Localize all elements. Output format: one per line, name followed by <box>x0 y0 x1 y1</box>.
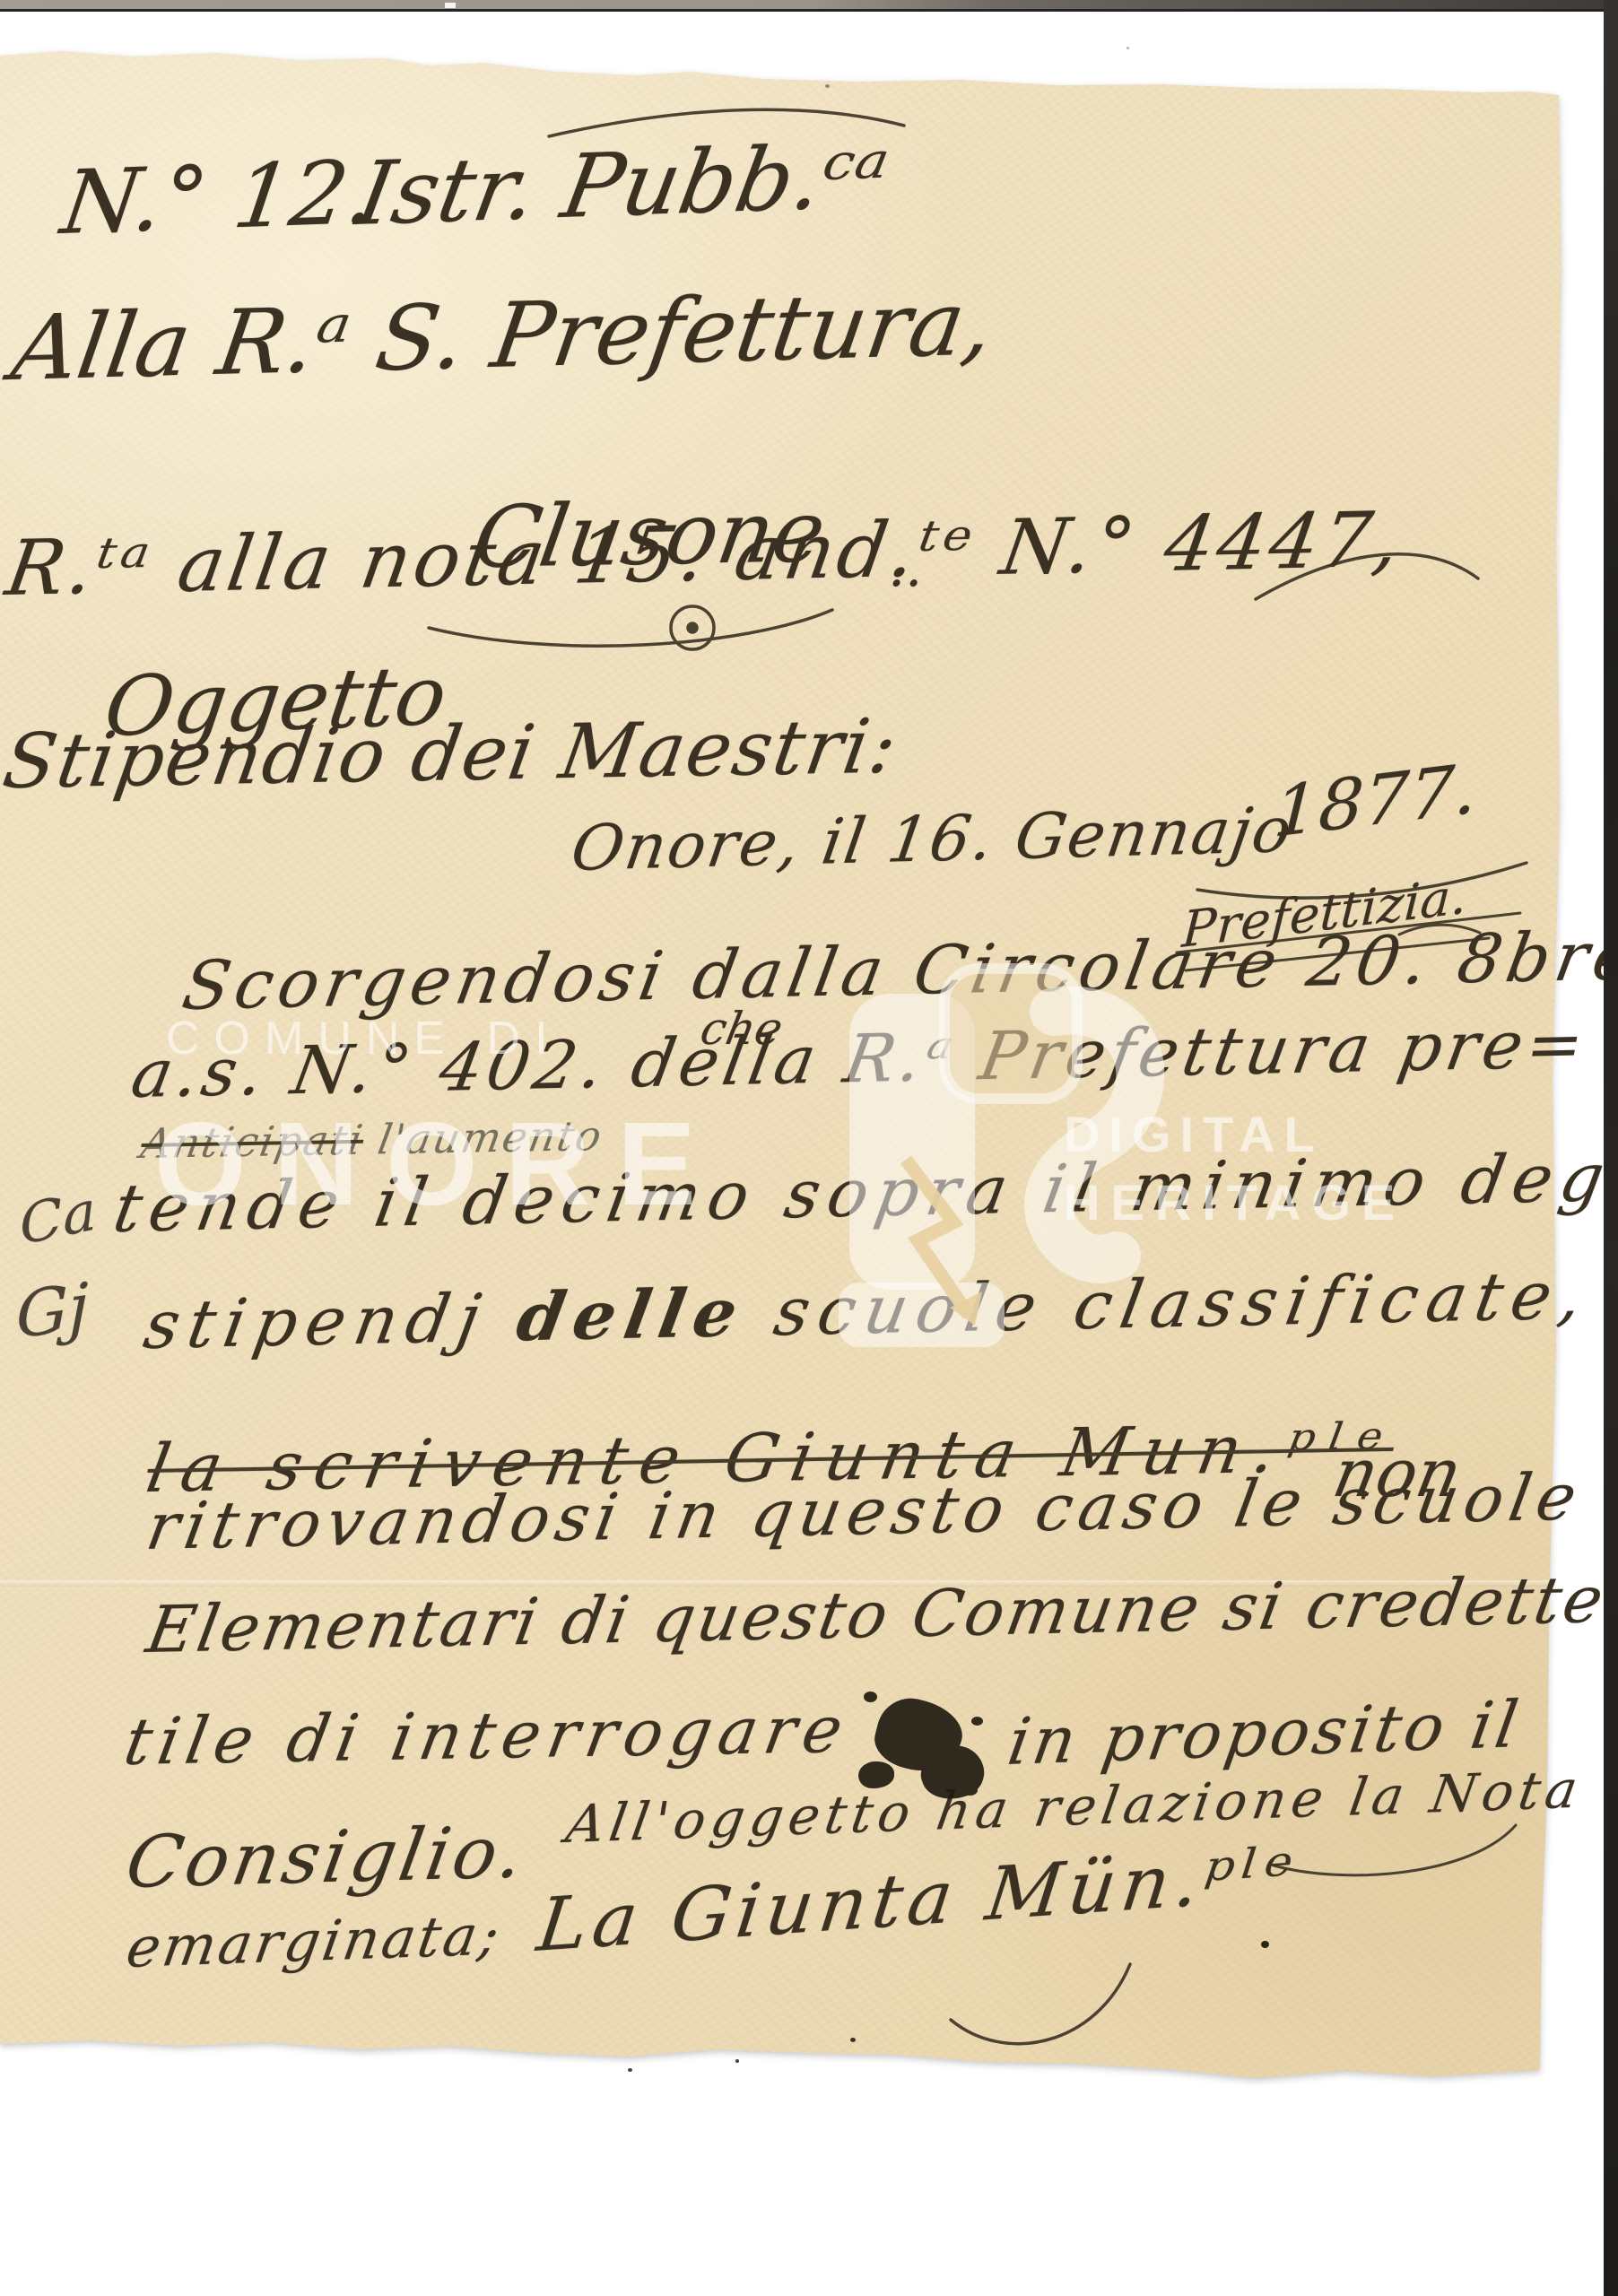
body-line-10a: emarginata; <box>122 1902 506 1980</box>
inserted-word-che: che <box>696 1003 787 1055</box>
body-line-9a: Consiglio. <box>120 1810 533 1904</box>
body-line-8a: tile di interrogare <box>119 1692 856 1779</box>
watermark-onore: ONORE <box>154 1096 723 1231</box>
ink-speck <box>628 2068 632 2072</box>
margin-note-2: Gj <box>16 1268 89 1352</box>
scanner-edge-bar-top <box>0 0 1618 12</box>
scanner-bar-notch <box>445 3 456 8</box>
ink-blot <box>857 1692 1000 1826</box>
watermark-comune-di: COMUNE DI <box>166 1012 562 1065</box>
object-text: Stipendio dei Maestri: <box>0 702 904 805</box>
ink-speck <box>735 2059 739 2063</box>
ink-speck <box>1261 1941 1269 1948</box>
scanned-document: N.° 12. Istr. Pubb.ᶜᵃ Alla R.ᵃ S. Prefet… <box>0 0 1618 2296</box>
body-line-4-part-b-overwritten: delle <box>511 1274 752 1356</box>
protocol-number: N.° 12. <box>56 142 383 255</box>
dust-speck <box>825 84 830 88</box>
ink-speck <box>850 2038 856 2042</box>
watermark-logo-icon <box>839 949 1179 1348</box>
office-abbreviation: Istr. Pubb.ᶜᵃ <box>350 126 895 246</box>
scanner-edge-bar-right <box>1604 0 1618 2296</box>
dust-speck <box>1127 47 1129 49</box>
body-line-4-part-a: stipendj <box>139 1279 526 1364</box>
